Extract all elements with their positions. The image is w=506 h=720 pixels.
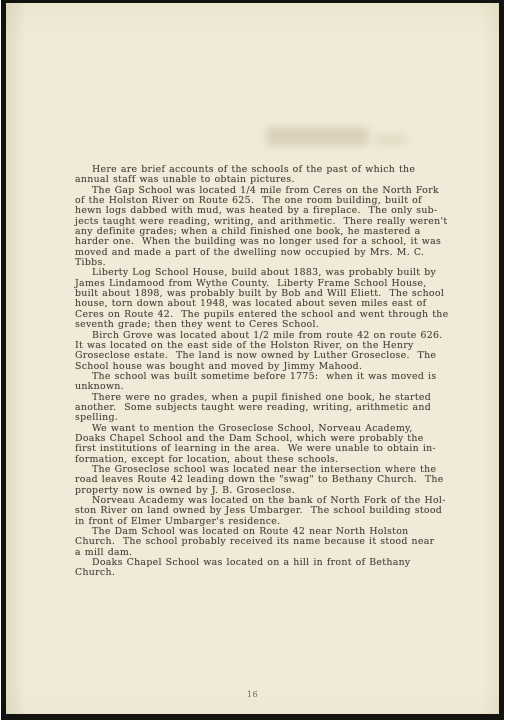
print-bleed-mark-small [374, 134, 408, 145]
body-text: Here are brief accounts of the schools o… [75, 165, 467, 579]
text-line: seventh grade; then they went to Ceres S… [75, 320, 467, 330]
scanned-book-page: { "document": { "page_number": "16", "co… [0, 0, 506, 720]
text-line: Church. The school probably received its… [75, 537, 467, 547]
text-line: moved and made a part of the dwelling no… [75, 248, 467, 258]
text-line: unknown. [75, 382, 467, 392]
book-page-paper: Here are brief accounts of the schools o… [6, 3, 499, 714]
text-line: another. Some subjects taught were readi… [75, 403, 467, 413]
scan-border-frame: Here are brief accounts of the schools o… [1, 0, 504, 720]
text-line: Groseclose estate. The land is now owned… [75, 351, 467, 361]
text-line: Doaks Chapel School was located on a hil… [75, 558, 467, 568]
print-bleed-mark [266, 127, 368, 146]
text-line: Church. [75, 568, 467, 578]
text-line: The school was built sometime before 177… [75, 372, 467, 382]
page-number: 16 [6, 690, 499, 699]
